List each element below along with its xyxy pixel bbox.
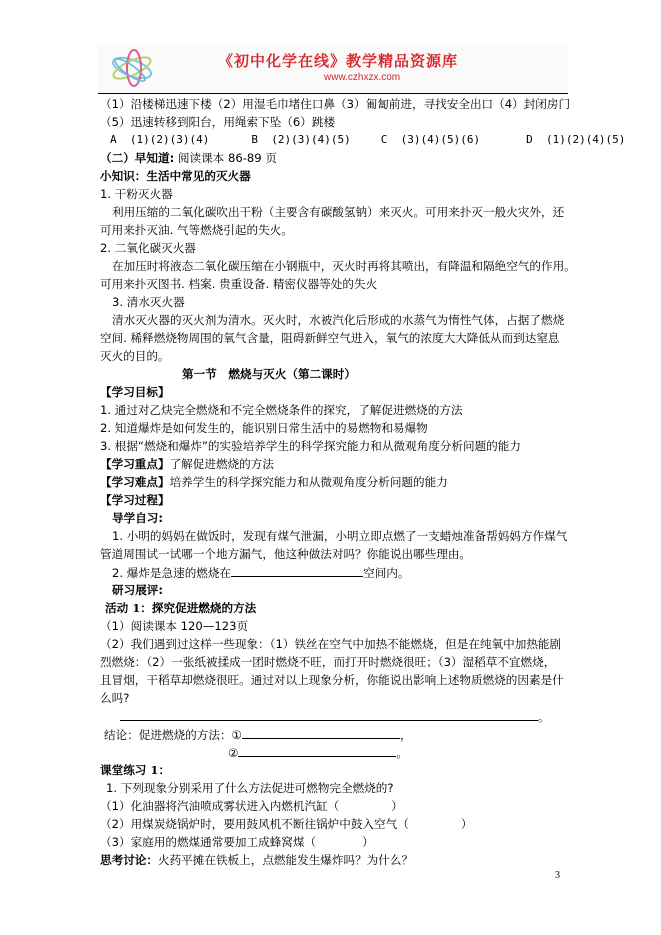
- page-header: 《初中化学在线》教学精品资源库 www.czhxzx.com: [98, 44, 568, 92]
- early-knowledge-label: （二）早知道:: [100, 151, 174, 165]
- choice-c-value: (3)(4)(5)(6): [401, 133, 480, 146]
- tip-3-line-3: 灭火的目的。: [100, 348, 170, 364]
- early-knowledge: （二）早知道: 阅读课本 86-89 页: [100, 150, 277, 166]
- conclusion-end: 。: [396, 746, 408, 760]
- key-point-label: 【学习重点】: [100, 457, 170, 471]
- objective-3: 3. 根据“燃烧和爆炸”的实验培养学生的科学探究能力和从微观角度分析问题的能力: [100, 438, 521, 454]
- difficulty-label: 【学习难点】: [100, 475, 170, 489]
- discussion: 思考讨论：火药平摊在铁板上，点燃能发生爆炸吗？为什么？: [100, 852, 413, 868]
- practice1-item-1-text: （1）化油器将汽油喷成雾状进入内燃机汽缸（: [100, 799, 339, 813]
- document-page: 《初中化学在线》教学精品资源库 www.czhxzx.com （1）沿楼梯迅速下…: [0, 0, 661, 935]
- self-study-q2: 2. 爆炸是急速的燃烧在空间内。: [112, 564, 409, 581]
- difficulty-text: 培养学生的科学探究能力和从微观角度分析问题的能力: [170, 475, 448, 489]
- review-label: 研习展评:: [112, 582, 163, 598]
- header-divider: [98, 93, 568, 94]
- practice1-item-3-text: （3）家庭用的燃煤通常要加工成蜂窝煤（: [100, 835, 316, 849]
- tip-2-line-2: 可用来扑灭图书. 档案. 贵重设备. 精密仪器等处的失火: [100, 276, 377, 292]
- difficulty: 【学习难点】培养学生的科学探究能力和从微观角度分析问题的能力: [100, 474, 448, 490]
- practice1-title: 课堂练习 1：: [100, 762, 170, 778]
- conclusion-line-2: ②。: [228, 744, 408, 761]
- key-point-text: 了解促进燃烧的方法: [170, 457, 274, 471]
- activity1-step2-line-1: （2）我们遇到过这样一些现象：（1）铁丝在空气中加热不能燃烧，但是在纯氧中加热能…: [100, 636, 561, 652]
- tip-3-line-2: 空间. 稀释燃烧物周围的氧气含量，阻碍新鲜空气进入，氧气的浓度大大降低从而到达窒…: [100, 330, 560, 346]
- discussion-text: 火药平摊在铁板上，点燃能发生爆炸吗？为什么？: [158, 853, 413, 867]
- conclusion-blank-1[interactable]: [242, 726, 400, 739]
- conclusion-line-1: 结论：促进燃烧的方法：①，: [104, 726, 412, 743]
- early-knowledge-text: 阅读课本 86-89 页: [178, 151, 277, 165]
- answer-blank[interactable]: [120, 708, 538, 721]
- q2-text-before: 2. 爆炸是急速的燃烧在: [112, 566, 231, 580]
- objectives-label: 【学习目标】: [100, 384, 170, 400]
- tip-3-line-1: 清水灭火器的灭火剂为清水。灭火时，水被汽化后形成的水蒸气为惰性气体，占据了燃烧: [112, 312, 564, 328]
- tip-1-line-2: 可用来扑灭油. 气等燃烧引起的失火。: [100, 222, 293, 238]
- tip-1-heading: 1. 干粉灭火器: [100, 186, 173, 202]
- tips-title: 小知识：生活中常见的灭火器: [100, 168, 251, 184]
- q2-blank[interactable]: [231, 564, 363, 577]
- key-point: 【学习重点】了解促进燃烧的方法: [100, 456, 274, 472]
- self-study-label: 导学自习:: [112, 510, 163, 526]
- conclusion-label: 结论：促进燃烧的方法：①: [104, 728, 242, 742]
- choice-d-value: (1)(2)(4)(5): [546, 133, 625, 146]
- activity1-step1: （1）阅读课本 120—123页: [100, 618, 248, 634]
- brand-url: www.czhxzx.com: [324, 72, 400, 83]
- practice1-question: 1. 下列现象分别采用了什么方法促进可燃物完全燃烧的?: [106, 780, 394, 796]
- practice1-item-2-close: ）: [461, 817, 473, 831]
- q2-text-after: 空间内。: [363, 566, 409, 580]
- activity1-step2-line-2: 烈燃烧：（2）一张纸被揉成一团时燃烧不旺，而打开时燃烧很旺；（3）湿稻草不宜燃烧…: [100, 654, 555, 670]
- objective-2: 2. 知道爆炸是如何发生的，能识别日常生活中的易燃物和易爆物: [100, 420, 428, 436]
- practice1-item-2-text: （2）用煤炭烧锅炉时，要用鼓风机不断往锅炉中鼓入空气（: [100, 817, 409, 831]
- answer-end-mark: 。: [538, 710, 550, 724]
- practice1-item-3: （3）家庭用的燃煤通常要加工成蜂窝煤（）: [100, 834, 374, 850]
- activity1-step2-line-3: 且冒烟，干稻草却燃烧很旺。通过对以上现象分析，你能说出影响上述物质燃烧的因素是什: [100, 672, 564, 688]
- conclusion-mark-2: ②: [228, 746, 238, 760]
- choice-c-key: C: [381, 133, 388, 146]
- tip-3-heading: 3. 清水灭火器: [112, 294, 185, 310]
- activity1-answer-line: 。: [120, 708, 550, 725]
- choice-d-key: D: [526, 133, 533, 146]
- choice-a-key: A: [110, 133, 117, 146]
- activity1-title: 活动 1：探究促进燃烧的方法: [105, 600, 256, 616]
- choice-b-value: (2)(3)(4)(5): [271, 133, 350, 146]
- practice1-item-1: （1）化油器将汽油喷成雾状进入内燃机汽缸（）: [100, 798, 403, 814]
- self-study-q1-line-1: 1. 小明的妈妈在做饭时，发现有煤气泄漏，小明立即点燃了一支蜡烛准备帮妈妈方作煤…: [112, 528, 567, 544]
- self-study-q1-line-2: 管道周围试一试哪一个地方漏气，他这种做法对吗？你能说出哪些理由。: [100, 546, 471, 562]
- objective-1: 1. 通过对乙炔完全燃烧和不完全燃烧条件的探究，了解促进燃烧的方法: [100, 402, 463, 418]
- choices-row: A (1)(2)(3)(4)B (2)(3)(4)(5)C (3)(4)(5)(…: [110, 132, 625, 148]
- practice1-item-2: （2）用煤炭烧锅炉时，要用鼓风机不断往锅炉中鼓入空气（）: [100, 816, 472, 832]
- practice1-item-1-close: ）: [391, 799, 403, 813]
- tip-2-heading: 2. 二氧化碳灭火器: [100, 240, 196, 256]
- choice-a-value: (1)(2)(3)(4): [130, 133, 209, 146]
- conclusion-blank-2[interactable]: [238, 744, 396, 757]
- discussion-label: 思考讨论：: [100, 853, 158, 867]
- page-number: 3: [555, 870, 560, 881]
- tip-1-line-1: 利用压缩的二氧化碳吹出干粉（主要含有碳酸氢钠）来灭火。可用来扑灭一般火灾外，还: [112, 204, 564, 220]
- conclusion-sep: ，: [400, 728, 412, 742]
- section-title: 第一节 燃烧与灭火（第二课时）: [182, 366, 356, 382]
- practice1-item-3-close: ）: [362, 835, 374, 849]
- tip-2-line-1: 在加压时将液态二氧化碳压缩在小钢瓶中，灭火时再将其喷出，有降温和隔绝空气的作用。: [112, 258, 576, 274]
- activity1-step2-line-4: 么吗?: [100, 690, 129, 706]
- options-line-2: （5）迅速转移到阳台，用绳索下坠（6）跳楼: [100, 114, 335, 130]
- brand-title: 《初中化学在线》教学精品资源库: [218, 50, 458, 71]
- process-label: 【学习过程】: [100, 492, 170, 508]
- choice-b-key: B: [251, 133, 258, 146]
- options-line-1: （1）沿楼梯迅速下楼（2）用湿毛巾堵住口鼻（3）匍匐前进，寻找安全出口（4）封闭…: [100, 96, 570, 112]
- atom-logo-icon: [106, 48, 158, 88]
